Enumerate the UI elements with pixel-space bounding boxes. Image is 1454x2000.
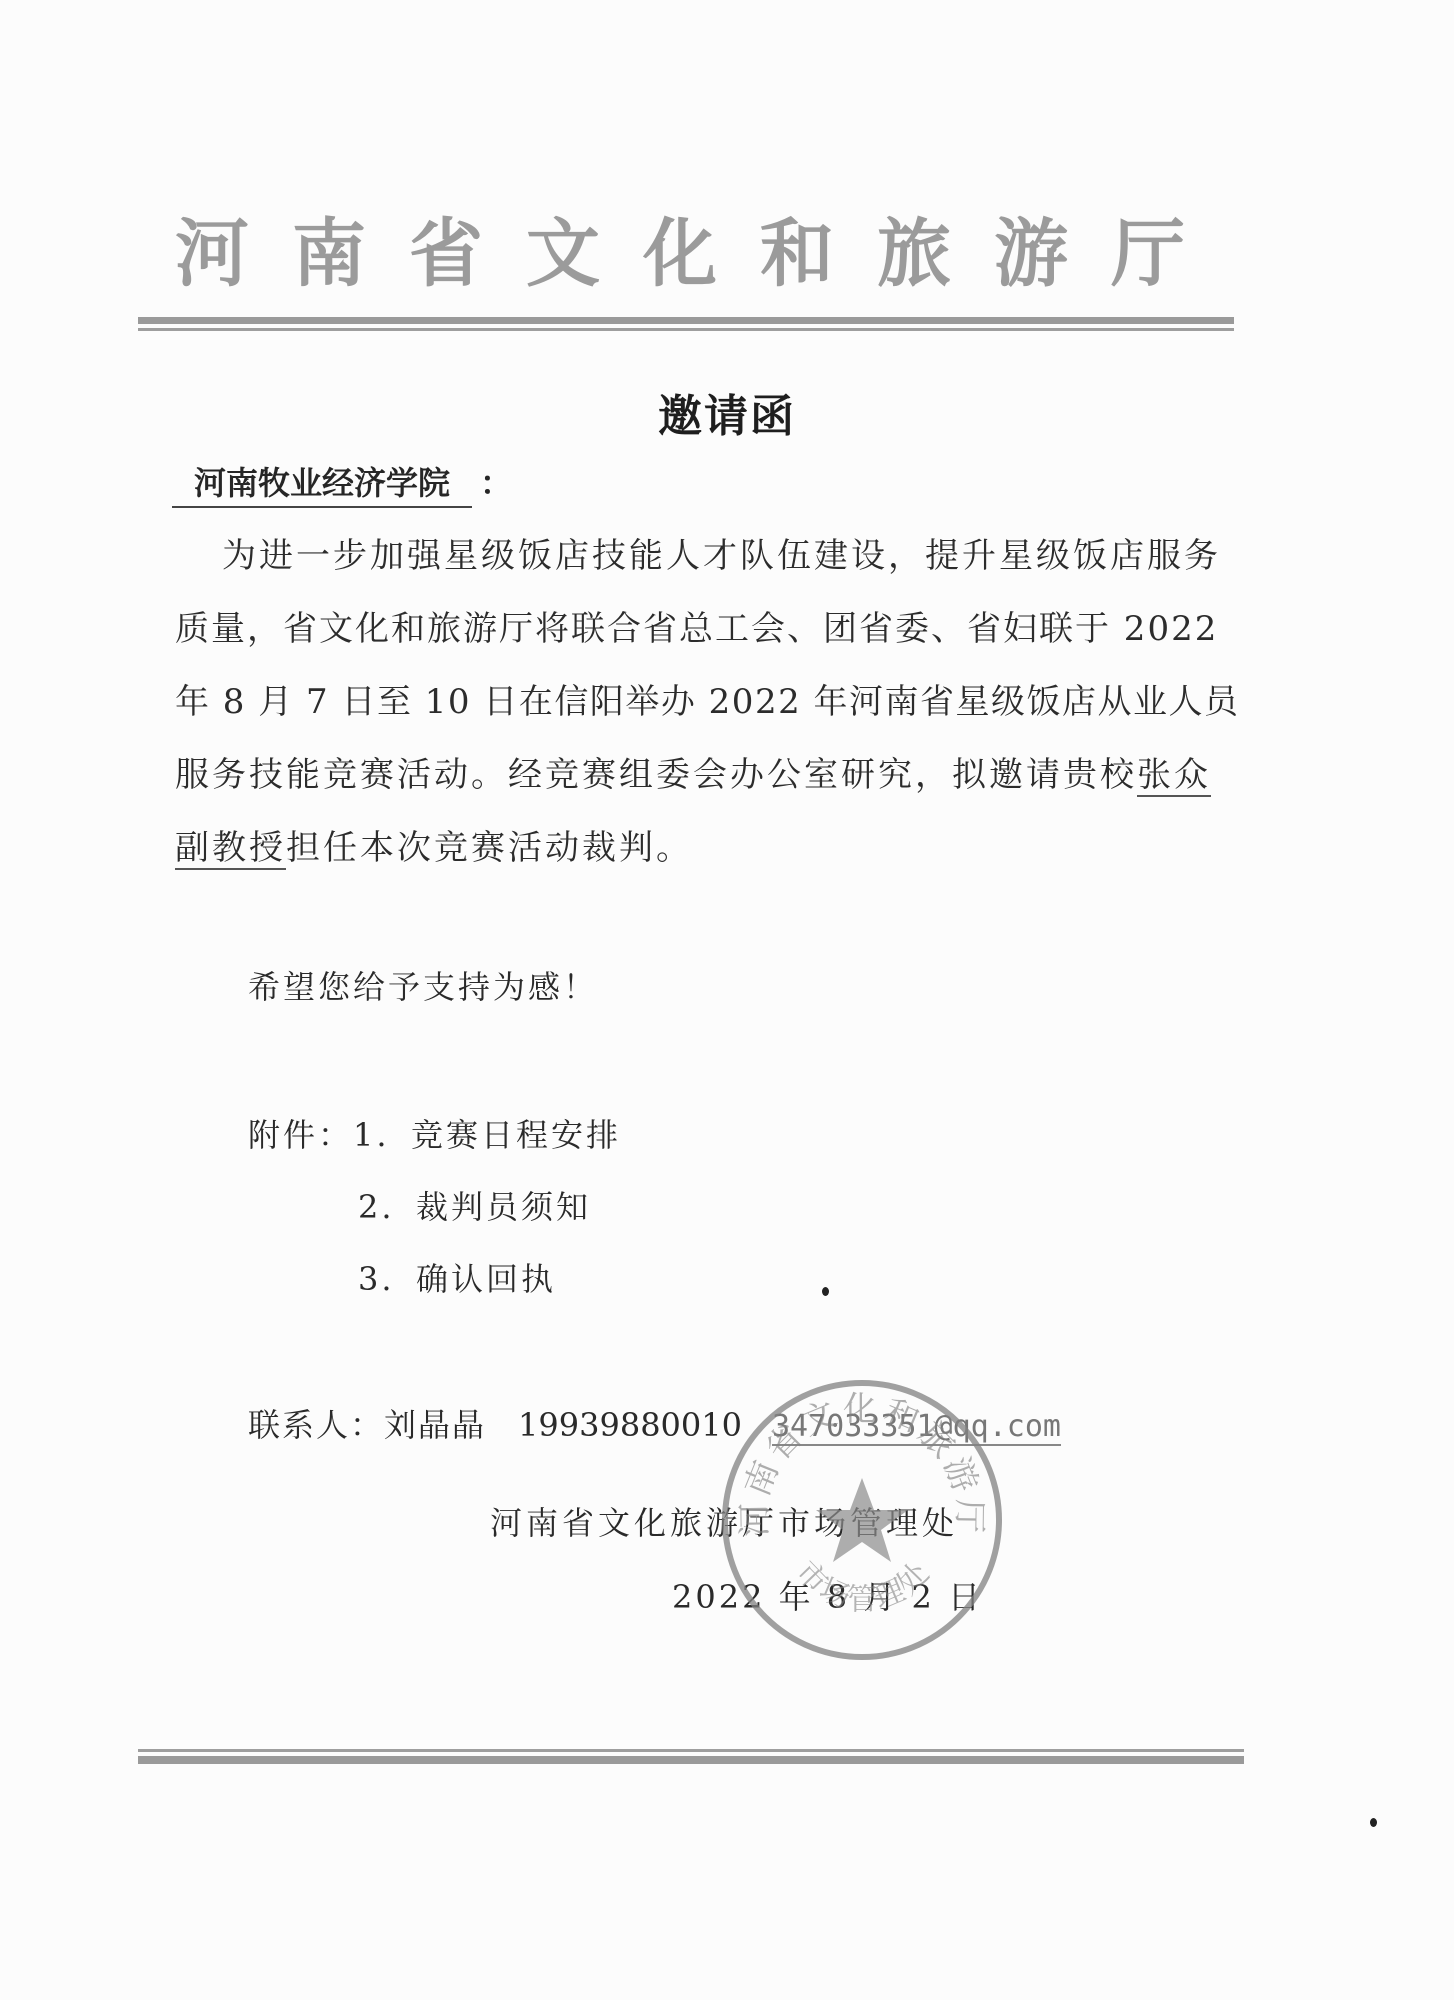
letterhead-char: 化 bbox=[643, 195, 717, 301]
letterhead-char: 南 bbox=[292, 195, 366, 301]
closing-remark: 希望您给予支持为感！ bbox=[248, 962, 598, 1008]
attachment-title: 确认回执 bbox=[416, 1260, 556, 1298]
body-line-4: 服务技能竞赛活动。经竞赛组委会办公室研究，拟邀请贵校张众 bbox=[175, 747, 1211, 796]
body-line-2: 质量，省文化和旅游厅将联合省总工会、团省委、省妇联于 2022 bbox=[175, 601, 1218, 650]
signature-date: 2022 年 8 月 2 日 bbox=[672, 1572, 983, 1618]
letterhead-char: 旅 bbox=[877, 195, 951, 301]
attachment-title: 竞赛日程安排 bbox=[411, 1116, 621, 1154]
letterhead-char: 河 bbox=[175, 195, 249, 301]
body-text: 服务技能竞赛活动。经竞赛组委会办公室研究，拟邀请贵校 bbox=[175, 755, 1137, 795]
body-line-1: 为进一步加强星级饭店技能人才队伍建设，提升星级饭店服务 bbox=[222, 528, 1221, 577]
attachment-number: 3. bbox=[358, 1260, 416, 1298]
header-divider-thick bbox=[138, 317, 1234, 324]
recipient-name: 河南牧业经济学院 bbox=[172, 458, 472, 508]
attachment-item-1: 附件：1.竞赛日程安排 bbox=[248, 1110, 621, 1156]
letterhead-char: 文 bbox=[526, 195, 600, 301]
letterhead-char: 和 bbox=[760, 195, 834, 301]
recipient-line: 河南牧业经济学院： bbox=[172, 458, 512, 508]
attachment-item-3: 3.确认回执 bbox=[358, 1254, 556, 1300]
attachments-label: 附件： bbox=[248, 1116, 353, 1154]
letterhead-title: 河 南 省 文 化 和 旅 游 厅 bbox=[175, 198, 1185, 298]
attachment-number: 2. bbox=[358, 1188, 416, 1226]
contact-name: 刘晶晶 bbox=[384, 1406, 486, 1444]
attachment-item-2: 2.裁判员须知 bbox=[358, 1182, 591, 1228]
scan-speck bbox=[822, 1287, 829, 1296]
body-line-5: 副教授担任本次竞赛活动裁判。 bbox=[175, 820, 693, 869]
contact-phone: 19939880010 bbox=[518, 1406, 742, 1444]
contact-label: 联系人： bbox=[248, 1406, 384, 1444]
invitee-name: 张众 bbox=[1137, 755, 1211, 797]
footer-divider-thin bbox=[138, 1749, 1244, 1752]
attachment-number: 1. bbox=[353, 1116, 411, 1154]
letterhead-char: 游 bbox=[994, 195, 1068, 301]
signature-org: 河南省文化旅游厅市场管理处 bbox=[490, 1498, 958, 1544]
letterhead-char: 省 bbox=[409, 195, 483, 301]
header-divider-thin bbox=[138, 328, 1234, 331]
footer-divider-thick bbox=[138, 1756, 1244, 1764]
recipient-colon: ： bbox=[480, 464, 512, 502]
document-title: 邀请函 bbox=[0, 380, 1454, 444]
contact-line: 联系人：刘晶晶19939880010347033351@qq.com bbox=[248, 1400, 1061, 1446]
body-text: 担任本次竞赛活动裁判。 bbox=[286, 828, 693, 868]
body-line-3: 年 8 月 7 日至 10 日在信阳举办 2022 年河南省星级饭店从业人员 bbox=[175, 674, 1240, 723]
letterhead-char: 厅 bbox=[1111, 195, 1185, 301]
scan-speck bbox=[1370, 1818, 1377, 1827]
attachment-title: 裁判员须知 bbox=[416, 1188, 591, 1226]
contact-email-link[interactable]: 347033351@qq.com bbox=[772, 1409, 1061, 1446]
invitee-title: 副教授 bbox=[175, 828, 286, 870]
